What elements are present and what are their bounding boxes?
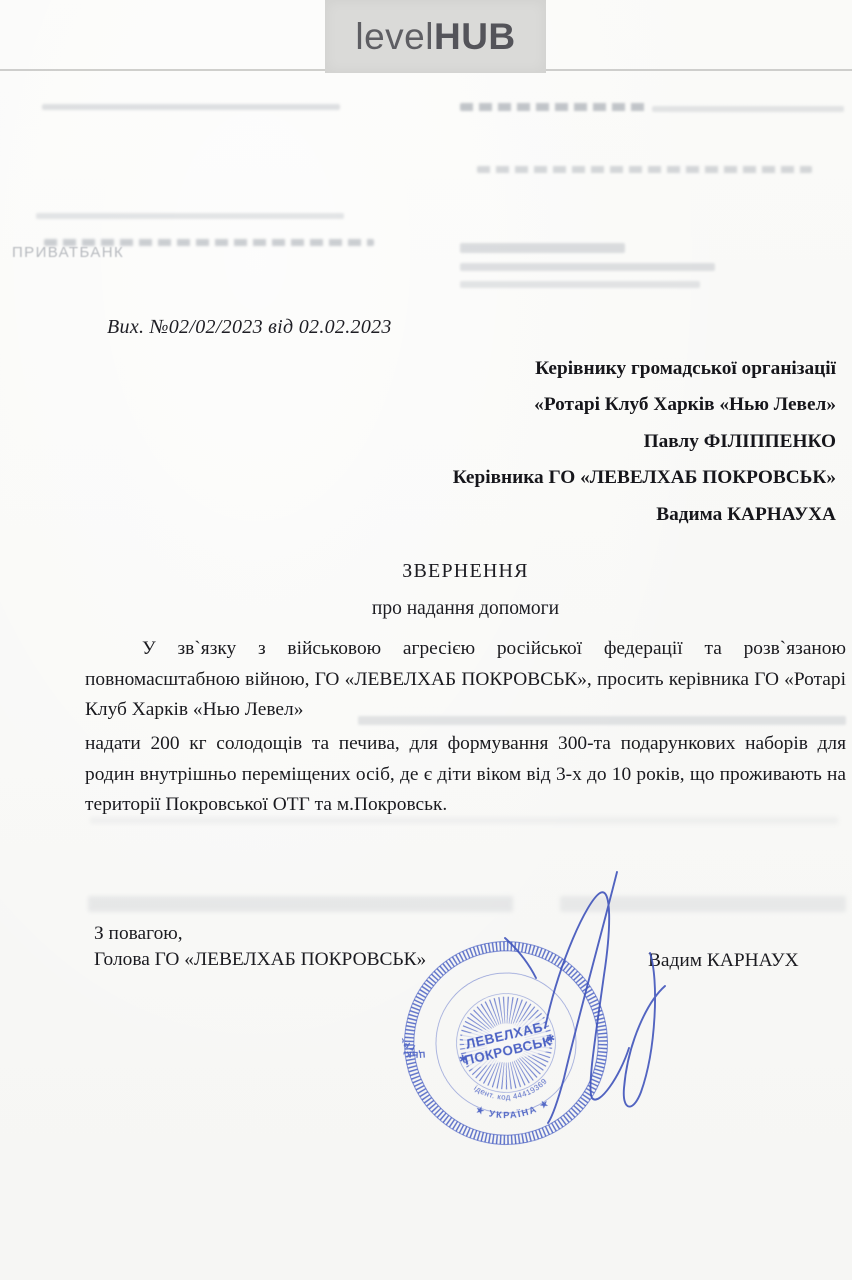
addressee-line-5: Вадима КАРНАУХА bbox=[276, 497, 836, 533]
redacted-line bbox=[460, 263, 715, 271]
bank-name: ПРИВАТБАНК bbox=[12, 244, 124, 261]
closing-signer-role: Голова ГО «ЛЕВЕЛХАБ ПОКРОВСЬК» bbox=[94, 949, 426, 971]
closing-salutation: З повагою, bbox=[94, 923, 183, 945]
addressee-line-1: Керівнику громадської організації bbox=[276, 351, 836, 387]
redacted-line bbox=[88, 896, 513, 912]
redacted-line bbox=[460, 103, 646, 111]
addressee-line-4: Керівника ГО «ЛЕВЕЛХАБ ПОКРОВСЬК» bbox=[276, 460, 836, 496]
logo-text-level: level bbox=[355, 16, 434, 58]
addressee-line-2: «Ротарі Клуб Харків «Нью Левел» bbox=[276, 387, 836, 423]
organization-stamp: ДОНЕЦЬКА ОБЛАСТЬ, ПОКРОВСЬКИЙ РАЙОН, МІС… bbox=[393, 930, 619, 1156]
levelhub-logo: levelHUB bbox=[325, 0, 546, 73]
redacted-line bbox=[36, 213, 344, 219]
logo-text-hub: HUB bbox=[434, 16, 516, 58]
redacted-line bbox=[560, 896, 846, 912]
addressee-block: Керівнику громадської організації «Ротар… bbox=[276, 351, 836, 533]
redacted-line bbox=[652, 106, 844, 112]
letter-subtitle: про надання допомоги bbox=[85, 598, 846, 620]
reference-line: Вих. №02/02/2023 від 02.02.2023 bbox=[107, 316, 392, 339]
letter-title: ЗВЕРНЕННЯ bbox=[85, 560, 846, 583]
redacted-line bbox=[460, 243, 625, 253]
redacted-line bbox=[358, 716, 846, 725]
stamp-text: ДОНЕЦЬКА ОБЛАСТЬ, ПОКРОВСЬКИЙ РАЙОН, МІС… bbox=[393, 930, 565, 1138]
redacted-line bbox=[90, 817, 838, 824]
redacted-line bbox=[42, 104, 340, 110]
redacted-line bbox=[477, 166, 812, 173]
body-paragraph-1: У зв`язку з військовою агресією російськ… bbox=[85, 634, 846, 726]
body-paragraph-2: надати 200 кг солодощів та печива, для ф… bbox=[85, 729, 846, 821]
addressee-line-3: Павлу ФІЛІППЕНКО bbox=[276, 424, 836, 460]
redacted-line bbox=[460, 281, 700, 288]
closing-signer-name: Вадим КАРНАУХ bbox=[648, 950, 799, 972]
